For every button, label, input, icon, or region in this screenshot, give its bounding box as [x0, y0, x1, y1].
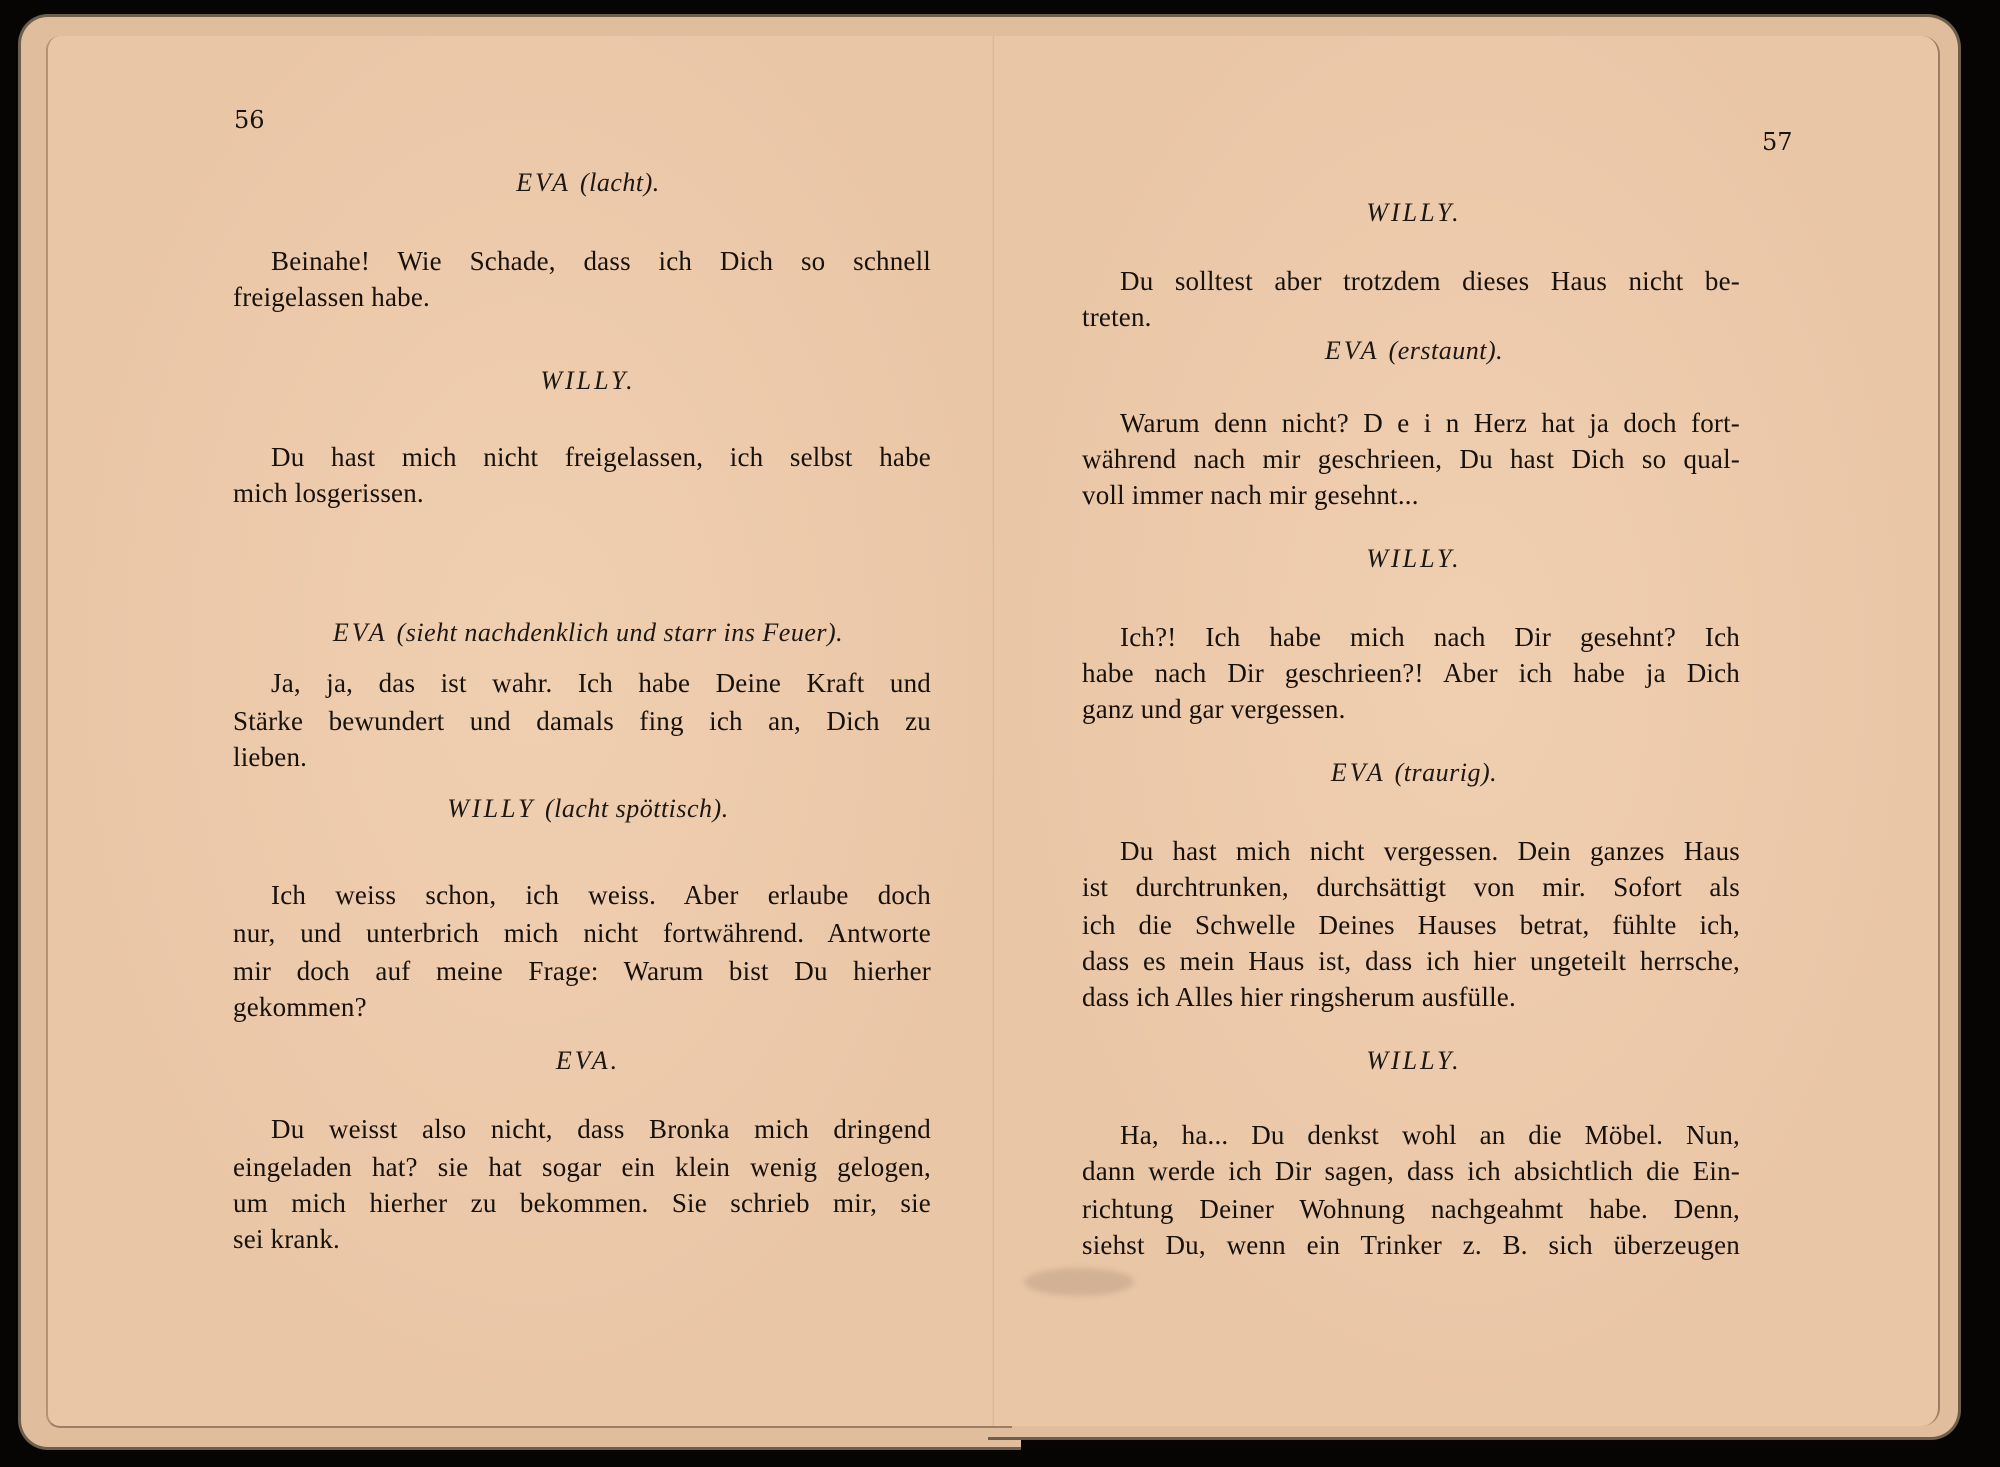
speech-line: Warum denn nicht? D e i n Herz hat ja do…	[1120, 408, 1740, 439]
speech-line: eingeladen hat? sie hat sogar ein klein …	[233, 1152, 931, 1183]
speech-line: habe nach Dir geschrieen?! Aber ich habe…	[1082, 658, 1740, 689]
speech-line: Du weisst also nicht, dass Bronka mich d…	[271, 1114, 931, 1145]
speech-line: mich losgerissen.	[233, 478, 931, 509]
speaker-name: EVA	[1331, 758, 1385, 787]
speaker-heading: WILLY.	[1054, 544, 1774, 574]
speech-line: während nach mir geschrieen, Du hast Dic…	[1082, 444, 1740, 475]
speech-line: Ha, ha... Du denkst wohl an die Möbel. N…	[1120, 1120, 1740, 1151]
page-number-left: 56	[234, 106, 265, 134]
speaker-heading: EVA (erstaunt).	[1054, 336, 1774, 366]
speech-line: Stärke bewundert und damals fing ich an,…	[233, 706, 931, 737]
speech-line: voll immer nach mir gesehnt...	[1082, 480, 1740, 511]
speech-line: siehst Du, wenn ein Trinker z. B. sich ü…	[1082, 1230, 1740, 1261]
speech-line: gekommen?	[233, 992, 931, 1023]
speaker-name: WILLY.	[1366, 544, 1461, 573]
stage-direction: (lacht spöttisch).	[545, 794, 729, 823]
speech-line: Ja, ja, das ist wahr. Ich habe Deine Kra…	[271, 668, 931, 699]
speech-line: richtung Deiner Wohnung nachgeahmt habe.…	[1082, 1194, 1740, 1225]
speaker-name: WILLY.	[540, 366, 635, 395]
speaker-name: WILLY.	[1366, 198, 1461, 227]
speaker-heading: WILLY.	[1054, 1046, 1774, 1076]
speech-line: lieben.	[233, 742, 931, 773]
speech-line: nur, und unterbrich mich nicht fortwähre…	[233, 918, 931, 949]
speech-line: Ich?! Ich habe mich nach Dir gesehnt? Ic…	[1120, 622, 1740, 653]
stage-direction: (traurig).	[1395, 758, 1498, 787]
speaker-name: EVA	[1325, 336, 1379, 365]
speech-line: Du solltest aber trotzdem dieses Haus ni…	[1120, 266, 1740, 297]
open-book: 56 EVA (lacht). Beinahe! Wie Schade, das…	[18, 14, 1978, 1454]
speaker-heading: EVA (traurig).	[1054, 758, 1774, 788]
speech-line: freigelassen habe.	[233, 282, 931, 313]
speech-line: Du hast mich nicht vergessen. Dein ganze…	[1120, 836, 1740, 867]
speaker-heading: EVA (sieht nachdenklich und starr ins Fe…	[228, 618, 948, 648]
speaker-heading: EVA (lacht).	[228, 168, 948, 198]
speech-line: um mich hierher zu bekommen. Sie schrieb…	[233, 1188, 931, 1219]
speaker-name: EVA	[333, 618, 387, 647]
speech-line: Ich weiss schon, ich weiss. Aber erlaube…	[271, 880, 931, 911]
stage-direction: (erstaunt).	[1389, 336, 1504, 365]
speech-line: dass es mein Haus ist, dass ich hier ung…	[1082, 946, 1740, 977]
stage-direction: (sieht nachdenklich und starr ins Feuer)…	[397, 618, 844, 647]
speech-line: mir doch auf meine Frage: Warum bist Du …	[233, 956, 931, 987]
speech-line: ich die Schwelle Deines Hauses betrat, f…	[1082, 910, 1740, 941]
speaker-name: EVA	[516, 168, 570, 197]
speech-line: Du hast mich nicht freigelassen, ich sel…	[271, 442, 931, 473]
speech-line: dann werde ich Dir sagen, dass ich absic…	[1082, 1156, 1740, 1187]
stage-direction: (lacht).	[580, 168, 660, 197]
speech-line: sei krank.	[233, 1224, 931, 1255]
left-page: 56 EVA (lacht). Beinahe! Wie Schade, das…	[46, 36, 1012, 1428]
speaker-heading: EVA.	[228, 1046, 948, 1076]
speech-line: dass ich Alles hier ringsherum ausfülle.	[1082, 982, 1740, 1013]
speaker-name: EVA.	[556, 1046, 620, 1075]
speaker-heading: WILLY.	[228, 366, 948, 396]
speech-line: treten.	[1082, 302, 1740, 333]
right-page: 57 WILLY. Du solltest aber trotzdem dies…	[994, 36, 1940, 1426]
speaker-name: WILLY.	[1366, 1046, 1461, 1075]
speech-line: ist durchtrunken, durchsättigt von mir. …	[1082, 872, 1740, 903]
speaker-name: WILLY	[447, 794, 535, 823]
speaker-heading: WILLY.	[1054, 198, 1774, 228]
speech-line: ganz und gar vergessen.	[1082, 694, 1740, 725]
page-number-right: 57	[1762, 128, 1793, 156]
speech-line: Beinahe! Wie Schade, dass ich Dich so sc…	[271, 246, 931, 277]
paper-stain	[1024, 1268, 1134, 1296]
speaker-heading: WILLY (lacht spöttisch).	[228, 794, 948, 824]
